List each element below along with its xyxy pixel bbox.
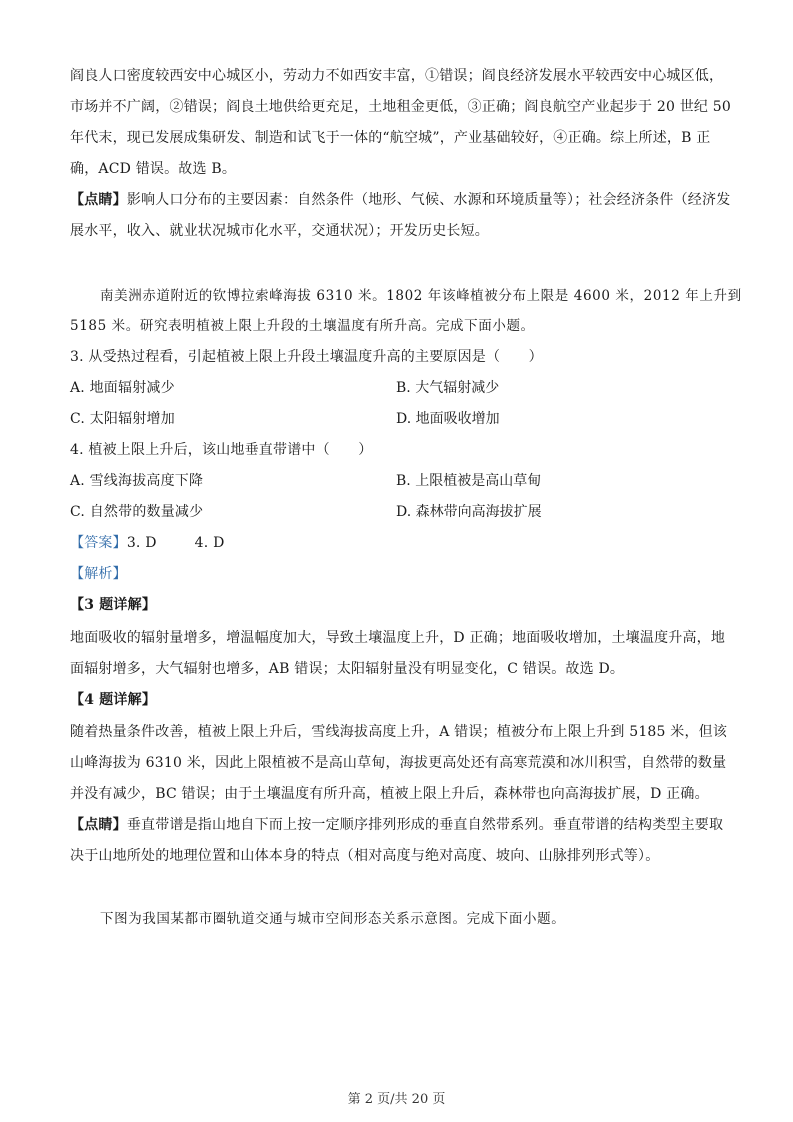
tip-text-line: 决于山地所处的地理位置和山体本身的特点（相对高度与绝对高度、坡向、山脉排列形式等… <box>70 846 730 866</box>
q3-detail-line: 地面吸收的辐射量增多，增温幅度加大，导致土壤温度上升，D 正确；地面吸收增加，土… <box>70 628 730 648</box>
question-3-option-d: D. 地面吸收增加 <box>396 409 500 429</box>
answer-q3: 3. D <box>127 535 157 551</box>
q3-detail-title: 【3 题详解】 <box>70 595 730 615</box>
tip-text: 影响人口分布的主要因素：自然条件（地形、气候、水源和环境质量等）；社会经济条件（… <box>127 192 731 208</box>
analysis-label: 【解析】 <box>70 564 730 584</box>
document-page: 阎良人口密度较西安中心城区小，劳动力不如西安丰富，①错误；阎良经济发展水平较西安… <box>0 0 793 1122</box>
question-4-option-b: B. 上限植被是高山草甸 <box>396 471 541 491</box>
q4-detail-line: 山峰海拔为 6310 米，因此上限植被不是高山草甸，海拔更高处还有高寒荒漠和冰川… <box>70 753 730 773</box>
q3-detail-line: 面辐射增多，大气辐射也增多，AB 错误；太阳辐射量没有明显变化，C 错误。故选 … <box>70 659 730 679</box>
analysis-text-line: 确，ACD 错误。故选 B。 <box>70 159 730 179</box>
analysis-text-line: 市场并不广阔，②错误；阎良土地供给更充足，土地租金更低，③正确；阎良航空产业起步… <box>70 97 730 117</box>
tip-text: 垂直带谱是指山地自下而上按一定顺序排列形成的垂直自然带系列。垂直带谱的结构类型主… <box>127 817 723 833</box>
question-4-stem: 4. 植被上限上升后，该山地垂直带谱中（ ） <box>70 440 730 460</box>
tip-text-line: 展水平，收入、就业状况城市化水平，交通状况）；开发历史长短。 <box>70 221 730 241</box>
q4-detail-title: 【4 题详解】 <box>70 690 730 710</box>
next-passage: 下图为我国某都市圈轨道交通与城市空间形态关系示意图。完成下面小题。 <box>100 909 760 929</box>
analysis-text-line: 阎良人口密度较西安中心城区小，劳动力不如西安丰富，①错误；阎良经济发展水平较西安… <box>70 66 730 86</box>
answer-row: 【答案】3. D4. D <box>70 533 730 553</box>
analysis-text-line: 年代末，现已发展成集研发、制造和试飞于一体的“航空城”，产业基础较好，④正确。综… <box>70 128 730 148</box>
tip-paragraph: 【点睛】影响人口分布的主要因素：自然条件（地形、气候、水源和环境质量等）；社会经… <box>70 190 730 210</box>
page-footer: 第 2 页/共 20 页 <box>0 1088 793 1107</box>
passage-line: 5185 米。研究表明植被上限上升段的土壤温度有所升高。完成下面小题。 <box>70 316 730 336</box>
tip-label: 【点睛】 <box>70 192 127 208</box>
passage-line: 南美洲赤道附近的钦博拉索峰海拔 6310 米。1802 年该峰植被分布上限是 4… <box>100 286 760 306</box>
tip-label: 【点睛】 <box>70 817 127 833</box>
question-3-option-b: B. 大气辐射减少 <box>396 378 499 398</box>
tip-paragraph-2: 【点睛】垂直带谱是指山地自下而上按一定顺序排列形成的垂直自然带系列。垂直带谱的结… <box>70 815 730 835</box>
answer-label: 【答案】 <box>70 535 127 551</box>
question-4-option-d: D. 森林带向高海拔扩展 <box>396 502 542 522</box>
q4-detail-line: 并没有减少，BC 错误；由于土壤温度有所升高，植被上限上升后，森林带也向高海拔扩… <box>70 784 730 804</box>
question-3-stem: 3. 从受热过程看，引起植被上限上升段土壤温度升高的主要原因是（ ） <box>70 347 730 367</box>
answer-q4: 4. D <box>195 535 225 551</box>
q4-detail-line: 随着热量条件改善，植被上限上升后，雪线海拔高度上升，A 错误；植被分布上限上升到… <box>70 722 730 742</box>
